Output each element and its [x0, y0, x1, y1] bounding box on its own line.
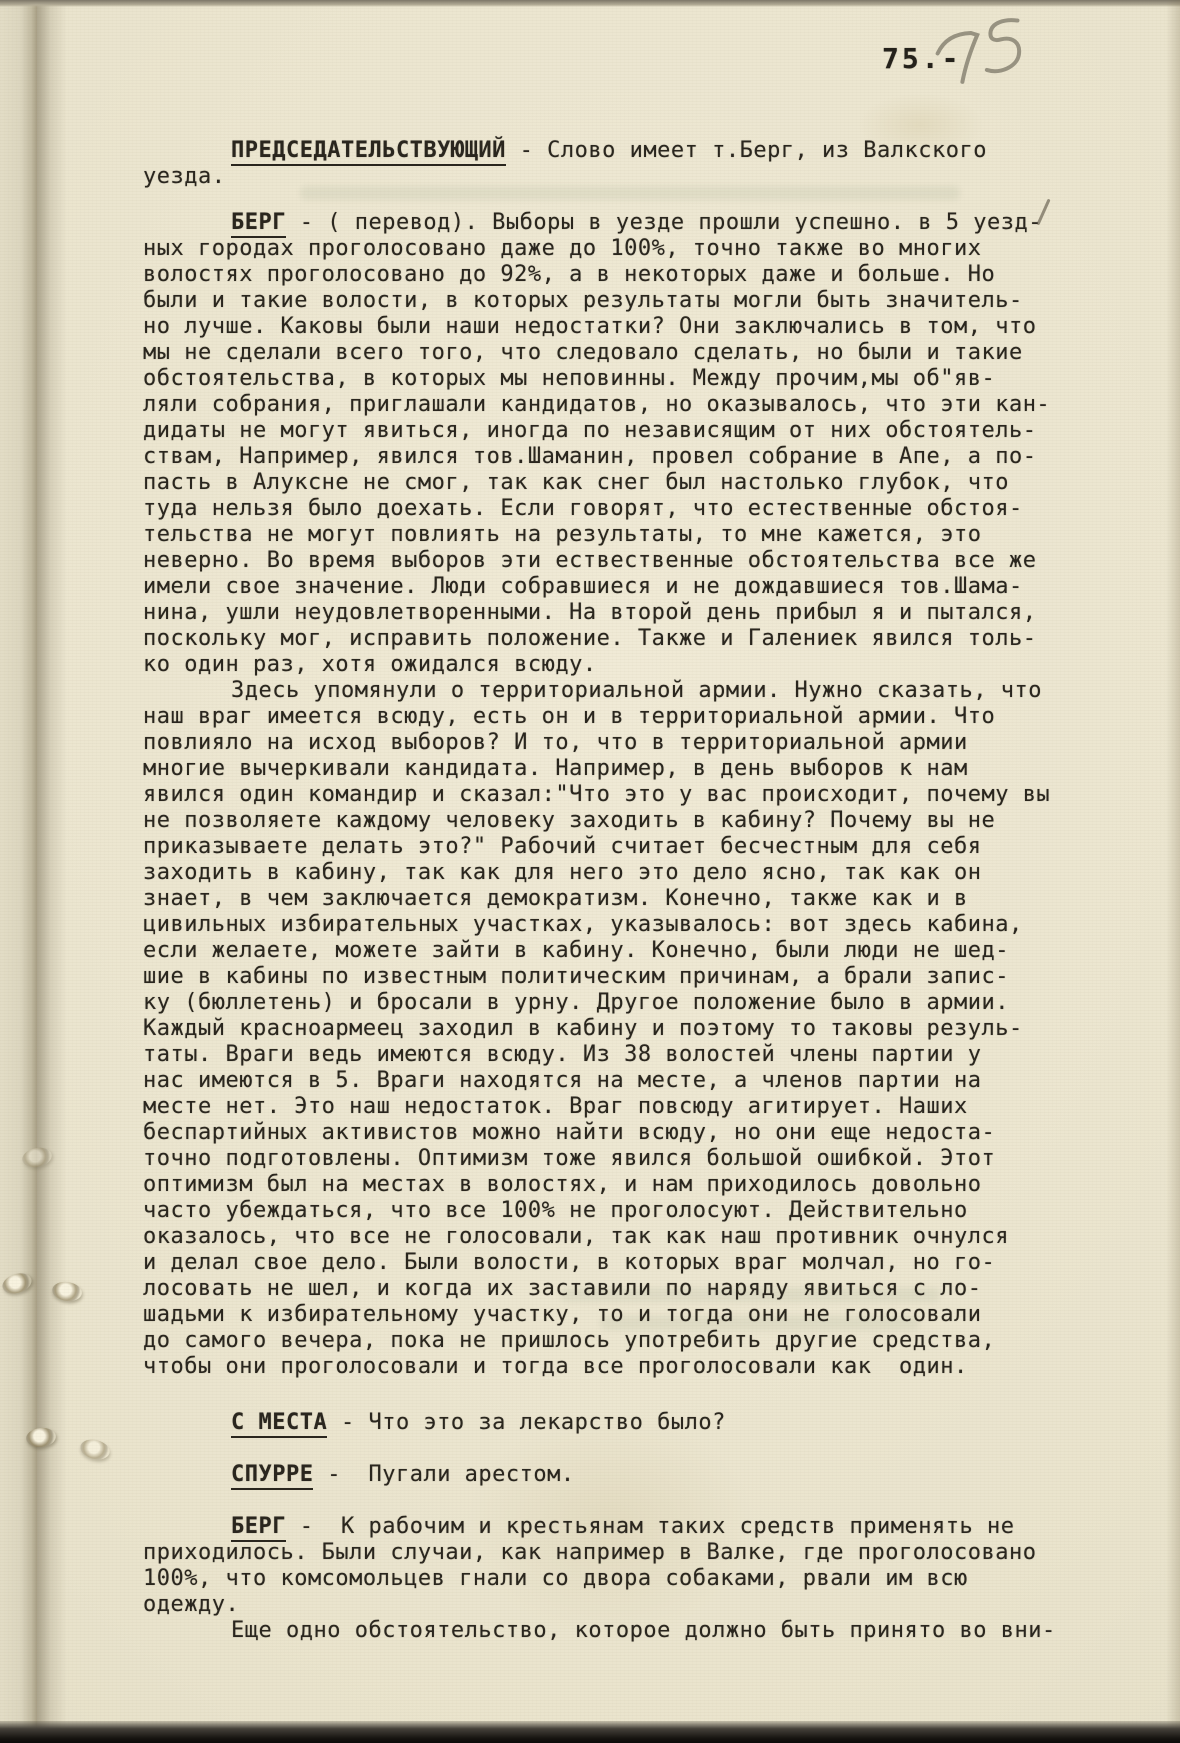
text-column: ПРЕДСЕДАТЕЛЬСТВУЮЩИЙ - Слово имеет т.Бер…	[143, 138, 1083, 1644]
binding-crease-shadow	[37, 0, 67, 1743]
paragraph-text: - Что это за лекарство было?	[327, 1410, 726, 1435]
paragraph-text: - ( перевод). Выборы в уезде прошли успе…	[143, 210, 1050, 677]
paragraph: С МЕСТА - Что это за лекарство было?	[143, 1410, 1083, 1436]
paragraph: Еще одно обстоятельство, которое должно …	[143, 1618, 1083, 1644]
scan-right-edge	[1166, 0, 1180, 1743]
scan-bottom-edge	[0, 1721, 1180, 1743]
scan-top-edge	[0, 0, 1180, 7]
under-page-edge	[0, 0, 37, 1743]
paragraph: БЕРГ - ( перевод). Выборы в уезде прошли…	[143, 210, 1083, 678]
speaker-label: ПРЕДСЕДАТЕЛЬСТВУЮЩИЙ	[231, 138, 506, 166]
speaker-label: СПУРРЕ	[231, 1462, 313, 1490]
paragraph-text: - Пугали арестом.	[313, 1462, 574, 1487]
page-number-handwritten-pencil	[930, 12, 1040, 96]
speaker-label: БЕРГ	[231, 210, 286, 238]
paragraph: ПРЕДСЕДАТЕЛЬСТВУЮЩИЙ - Слово имеет т.Бер…	[143, 138, 1083, 190]
scanned-page-sheet: 75.- ПРЕДСЕДАТЕЛЬСТВУЮЩИЙ - Слово имеет …	[0, 0, 1180, 1743]
pencil-numeral-strokes	[930, 12, 1040, 92]
paragraph: Здесь упомянули о территориальной армии.…	[143, 678, 1083, 1380]
speaker-label: БЕРГ	[231, 1514, 286, 1542]
paragraph-text: Здесь упомянули о территориальной армии.…	[143, 678, 1050, 1379]
paragraph: СПУРРЕ - Пугали арестом.	[143, 1462, 1083, 1488]
paragraph-text: Еще одно обстоятельство, которое должно …	[231, 1618, 1056, 1643]
stitch-hole	[78, 1437, 112, 1463]
paragraph: БЕРГ - К рабочим и крестьянам таких сред…	[143, 1514, 1083, 1618]
speaker-label: С МЕСТА	[231, 1410, 327, 1438]
